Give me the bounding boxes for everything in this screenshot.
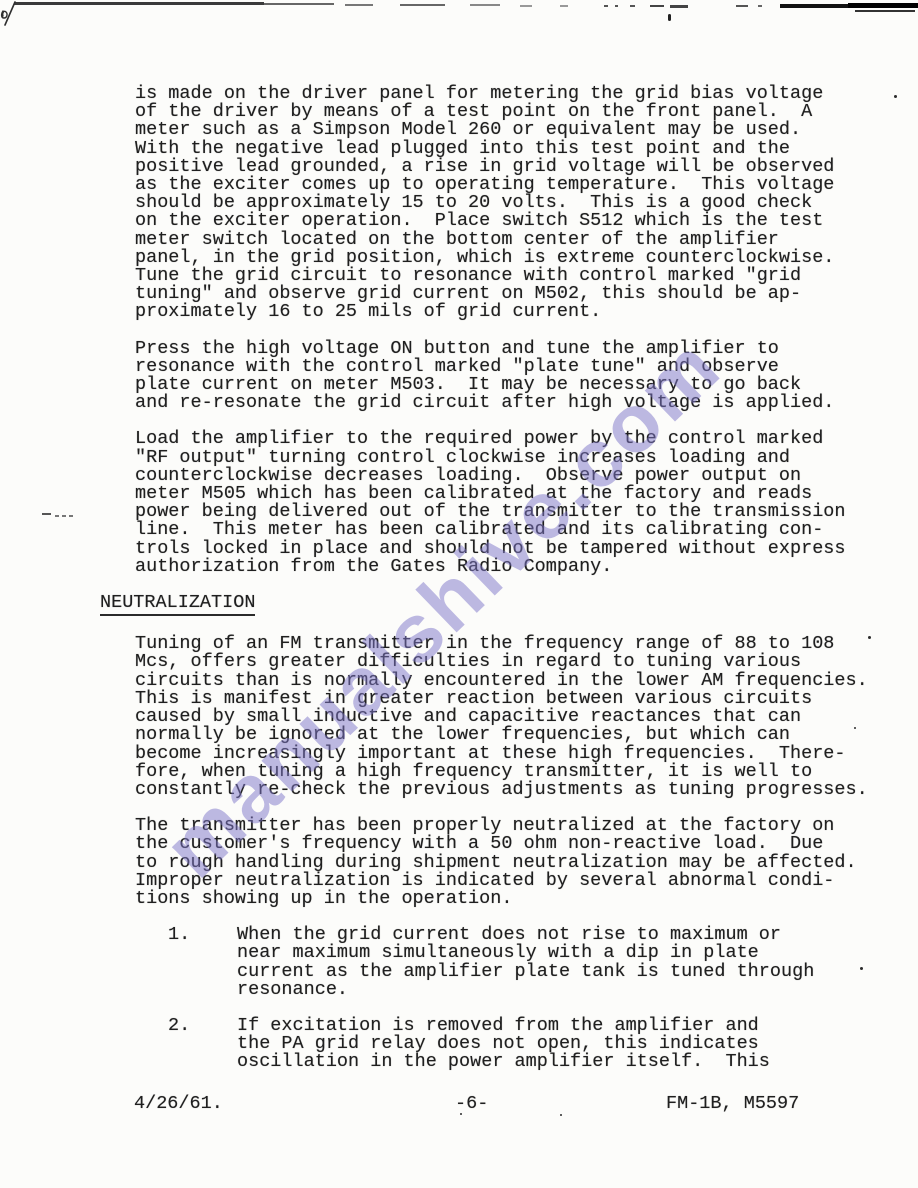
scan-speck [868,636,871,639]
scan-edge-dot [758,5,762,7]
scan-edge-dot [615,5,618,7]
scan-edge-dot [630,5,635,7]
scan-speck [560,1114,562,1116]
scanned-document-page: is made on the driver panel for metering… [0,0,918,1188]
scan-edge-line [470,4,500,6]
scan-speck [854,727,856,729]
list-item-1-number: 1. [135,926,237,1017]
paragraph-neutralized-factory: The transmitter has been properly neutra… [135,817,910,908]
section-heading-row: NEUTRALIZATION [100,594,910,616]
scan-edge-line [855,10,915,12]
paragraph-tuning-fm: Tuning of an FM transmitter in the frequ… [135,635,910,799]
list-item-2: 2. If excitation is removed from the amp… [135,1017,910,1090]
scan-edge-line [560,5,568,7]
scan-speck [894,95,897,98]
scan-edge-line [736,5,748,7]
list-item-2-number: 2. [135,1017,237,1090]
scan-edge-line [264,3,334,5]
scan-edge-line [14,2,264,5]
paragraph-metering: is made on the driver panel for metering… [135,85,910,322]
scan-edge-line [400,4,445,6]
scan-edge-dot [604,5,608,7]
footer-date: 4/26/61. [134,1095,223,1113]
list-item-2-text: If excitation is removed from the amplif… [237,1017,770,1072]
scan-edge-line [520,5,532,7]
footer-page-number: -6- [455,1095,488,1113]
document-body: is made on the driver panel for metering… [135,85,910,1090]
paragraph-loading: Load the amplifier to the required power… [135,430,910,576]
scan-edge-line [670,5,688,8]
list-item-1-text: When the grid current does not rise to m… [237,926,814,999]
footer-doc-id: FM-1B, M5597 [666,1095,799,1113]
stray-mark [668,14,671,21]
section-heading-neutralization: NEUTRALIZATION [100,594,255,616]
list-item-1: 1. When the grid current does not rise t… [135,926,910,1017]
scan-edge-line [650,5,664,7]
handwritten-mark [0,1,22,31]
paragraph-high-voltage: Press the high voltage ON button and tun… [135,340,910,413]
scan-speck [460,1113,462,1115]
scan-edge-line [848,3,918,8]
scan-edge-line [345,4,373,6]
scan-edge-line [780,4,850,8]
scan-speck [860,967,863,970]
